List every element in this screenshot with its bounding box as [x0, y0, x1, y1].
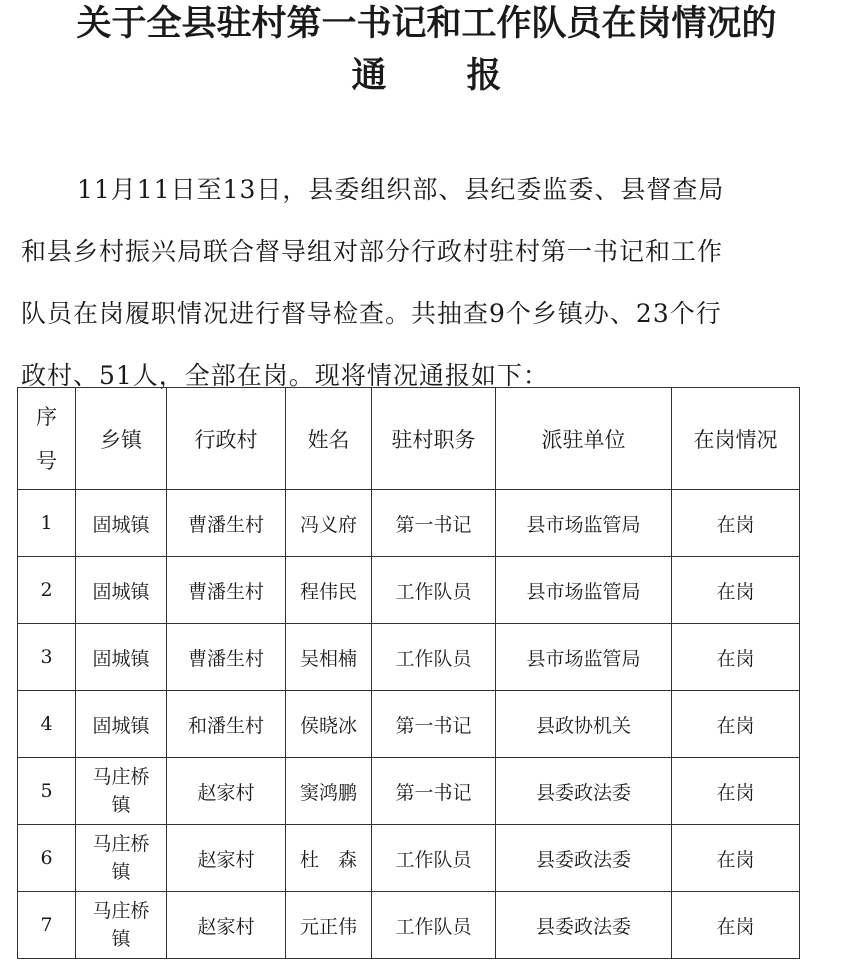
cell-town: 固城镇 — [76, 557, 167, 624]
cell-name: 窦鸿鹏 — [286, 758, 372, 825]
cell-village: 曹潘生村 — [167, 557, 286, 624]
header-town: 乡镇 — [76, 388, 167, 490]
cell-status: 在岗 — [672, 490, 800, 557]
cell-unit: 县委政法委 — [496, 758, 672, 825]
cell-name: 吴相楠 — [286, 624, 372, 691]
cell-duty: 工作队员 — [372, 892, 496, 959]
cell-duty: 工作队员 — [372, 624, 496, 691]
header-name: 姓名 — [286, 388, 372, 490]
document-title-subline: 通报 — [0, 54, 853, 98]
table-row: 4固城镇和潘生村侯晓冰第一书记县政协机关在岗 — [18, 691, 800, 758]
header-seq: 序 号 — [18, 388, 76, 490]
cell-duty: 工作队员 — [372, 825, 496, 892]
table-row: 7马庄桥镇赵家村元正伟工作队员县委政法委在岗 — [18, 892, 800, 959]
intro-paragraph: 11月11日至13日，县委组织部、县纪委监委、县督查局 和县乡村振兴局联合督导组… — [21, 159, 821, 407]
header-duty: 驻村职务 — [372, 388, 496, 490]
cell-seq: 4 — [18, 691, 76, 758]
paragraph-line: 和县乡村振兴局联合督导组对部分行政村驻村第一书记和工作 — [21, 221, 821, 283]
table-row: 3固城镇曹潘生村吴相楠工作队员县市场监管局在岗 — [18, 624, 800, 691]
cell-name: 杜 森 — [286, 825, 372, 892]
title-char: 报 — [467, 54, 502, 98]
cell-seq: 7 — [18, 892, 76, 959]
cell-status: 在岗 — [672, 825, 800, 892]
header-status: 在岗情况 — [672, 388, 800, 490]
cell-status: 在岗 — [672, 892, 800, 959]
cell-town: 固城镇 — [76, 624, 167, 691]
cell-duty: 第一书记 — [372, 490, 496, 557]
paragraph-line: 11月11日至13日，县委组织部、县纪委监委、县督查局 — [21, 159, 821, 221]
cell-unit: 县市场监管局 — [496, 490, 672, 557]
paragraph-line: 队员在岗履职情况进行督导检查。共抽查9个乡镇办、23个行 — [21, 283, 821, 345]
duty-status-table: 序 号 乡镇 行政村 姓名 驻村职务 派驻单位 在岗情况 1固城镇曹潘生村冯义府… — [17, 387, 800, 959]
header-village: 行政村 — [167, 388, 286, 490]
cell-village: 赵家村 — [167, 825, 286, 892]
title-char: 通 — [351, 54, 386, 98]
cell-town: 马庄桥镇 — [76, 892, 167, 959]
table-row: 2固城镇曹潘生村程伟民工作队员县市场监管局在岗 — [18, 557, 800, 624]
cell-unit: 县市场监管局 — [496, 624, 672, 691]
cell-seq: 6 — [18, 825, 76, 892]
cell-seq: 5 — [18, 758, 76, 825]
cell-unit: 县政协机关 — [496, 691, 672, 758]
cell-status: 在岗 — [672, 624, 800, 691]
cell-status: 在岗 — [672, 557, 800, 624]
header-unit: 派驻单位 — [496, 388, 672, 490]
document-title: 关于全县驻村第一书记和工作队员在岗情况的 — [0, 2, 853, 46]
cell-duty: 第一书记 — [372, 691, 496, 758]
cell-unit: 县委政法委 — [496, 825, 672, 892]
cell-unit: 县市场监管局 — [496, 557, 672, 624]
cell-duty: 工作队员 — [372, 557, 496, 624]
cell-town: 固城镇 — [76, 691, 167, 758]
cell-name: 程伟民 — [286, 557, 372, 624]
table-row: 6马庄桥镇赵家村杜 森工作队员县委政法委在岗 — [18, 825, 800, 892]
cell-village: 赵家村 — [167, 758, 286, 825]
cell-seq: 2 — [18, 557, 76, 624]
cell-village: 和潘生村 — [167, 691, 286, 758]
cell-seq: 1 — [18, 490, 76, 557]
cell-town: 马庄桥镇 — [76, 825, 167, 892]
cell-status: 在岗 — [672, 691, 800, 758]
cell-duty: 第一书记 — [372, 758, 496, 825]
cell-name: 冯义府 — [286, 490, 372, 557]
cell-town: 固城镇 — [76, 490, 167, 557]
cell-village: 赵家村 — [167, 892, 286, 959]
cell-village: 曹潘生村 — [167, 490, 286, 557]
cell-town: 马庄桥镇 — [76, 758, 167, 825]
cell-name: 侯晓冰 — [286, 691, 372, 758]
table-row: 1固城镇曹潘生村冯义府第一书记县市场监管局在岗 — [18, 490, 800, 557]
cell-village: 曹潘生村 — [167, 624, 286, 691]
cell-unit: 县委政法委 — [496, 892, 672, 959]
cell-status: 在岗 — [672, 758, 800, 825]
table-row: 5马庄桥镇赵家村窦鸿鹏第一书记县委政法委在岗 — [18, 758, 800, 825]
table-header-row: 序 号 乡镇 行政村 姓名 驻村职务 派驻单位 在岗情况 — [18, 388, 800, 490]
cell-name: 元正伟 — [286, 892, 372, 959]
cell-seq: 3 — [18, 624, 76, 691]
